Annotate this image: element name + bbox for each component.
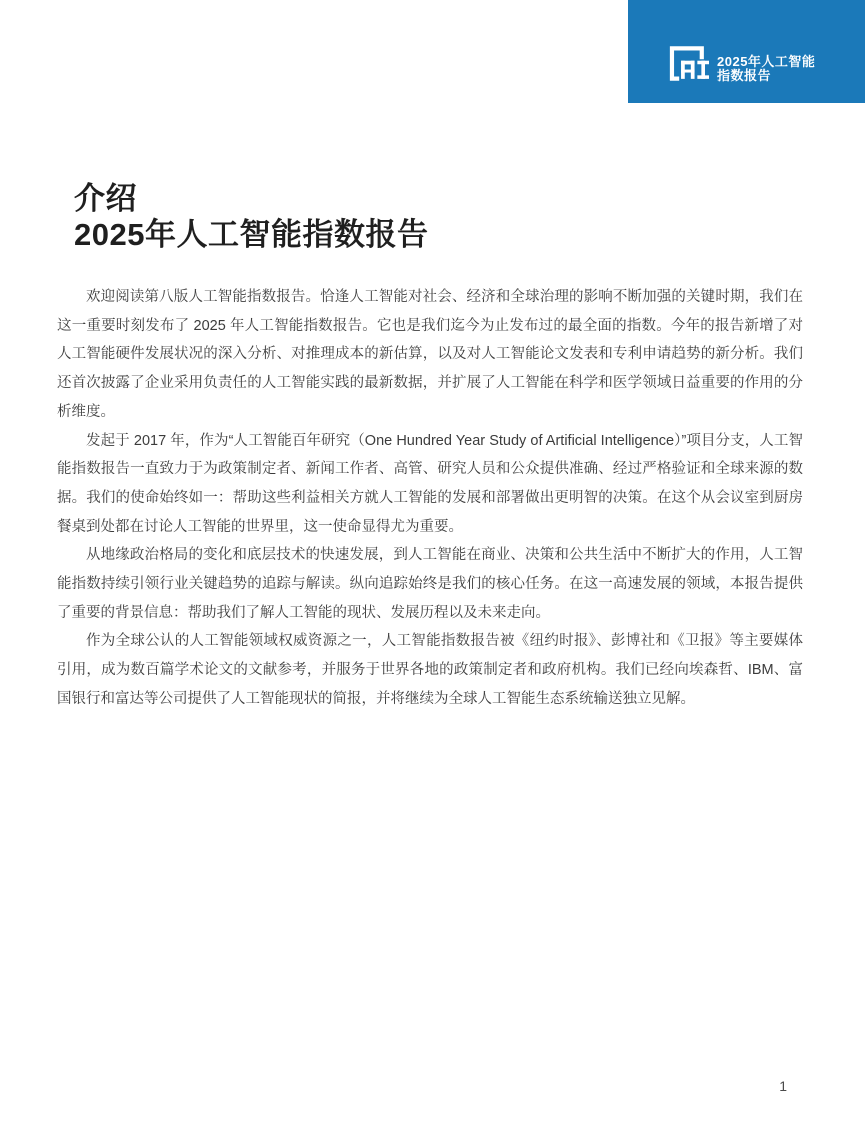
- page-title: 介绍 2025年人工智能指数报告: [74, 181, 428, 253]
- paragraph-4: 作为全球公认的人工智能领域权威资源之一，人工智能指数报告被《纽约时报》、彭博社和…: [57, 627, 803, 713]
- paragraph-1: 欢迎阅读第八版人工智能指数报告。恰逢人工智能对社会、经济和全球治理的影响不断加强…: [57, 283, 803, 427]
- banner-title-line2: 指数报告: [717, 69, 815, 83]
- title-line2: 2025年人工智能指数报告: [74, 217, 428, 253]
- banner-title: 2025年人工智能 指数报告: [717, 55, 815, 83]
- page-number: 1: [779, 1078, 787, 1094]
- document-page: 2025年人工智能 指数报告 介绍 2025年人工智能指数报告 欢迎阅读第八版人…: [0, 0, 865, 1122]
- banner-content: 2025年人工智能 指数报告: [668, 45, 815, 83]
- paragraph-2: 发起于 2017 年，作为“人工智能百年研究（One Hundred Year …: [57, 427, 803, 542]
- banner-title-line1: 2025年人工智能: [717, 55, 815, 69]
- title-line1: 介绍: [74, 181, 428, 217]
- paragraph-3: 从地缘政治格局的变化和底层技术的快速发展，到人工智能在商业、决策和公共生活中不断…: [57, 541, 803, 627]
- header-banner: 2025年人工智能 指数报告: [628, 0, 865, 103]
- ai-index-logo-icon: [668, 45, 709, 82]
- body-text: 欢迎阅读第八版人工智能指数报告。恰逢人工智能对社会、经济和全球治理的影响不断加强…: [57, 283, 803, 714]
